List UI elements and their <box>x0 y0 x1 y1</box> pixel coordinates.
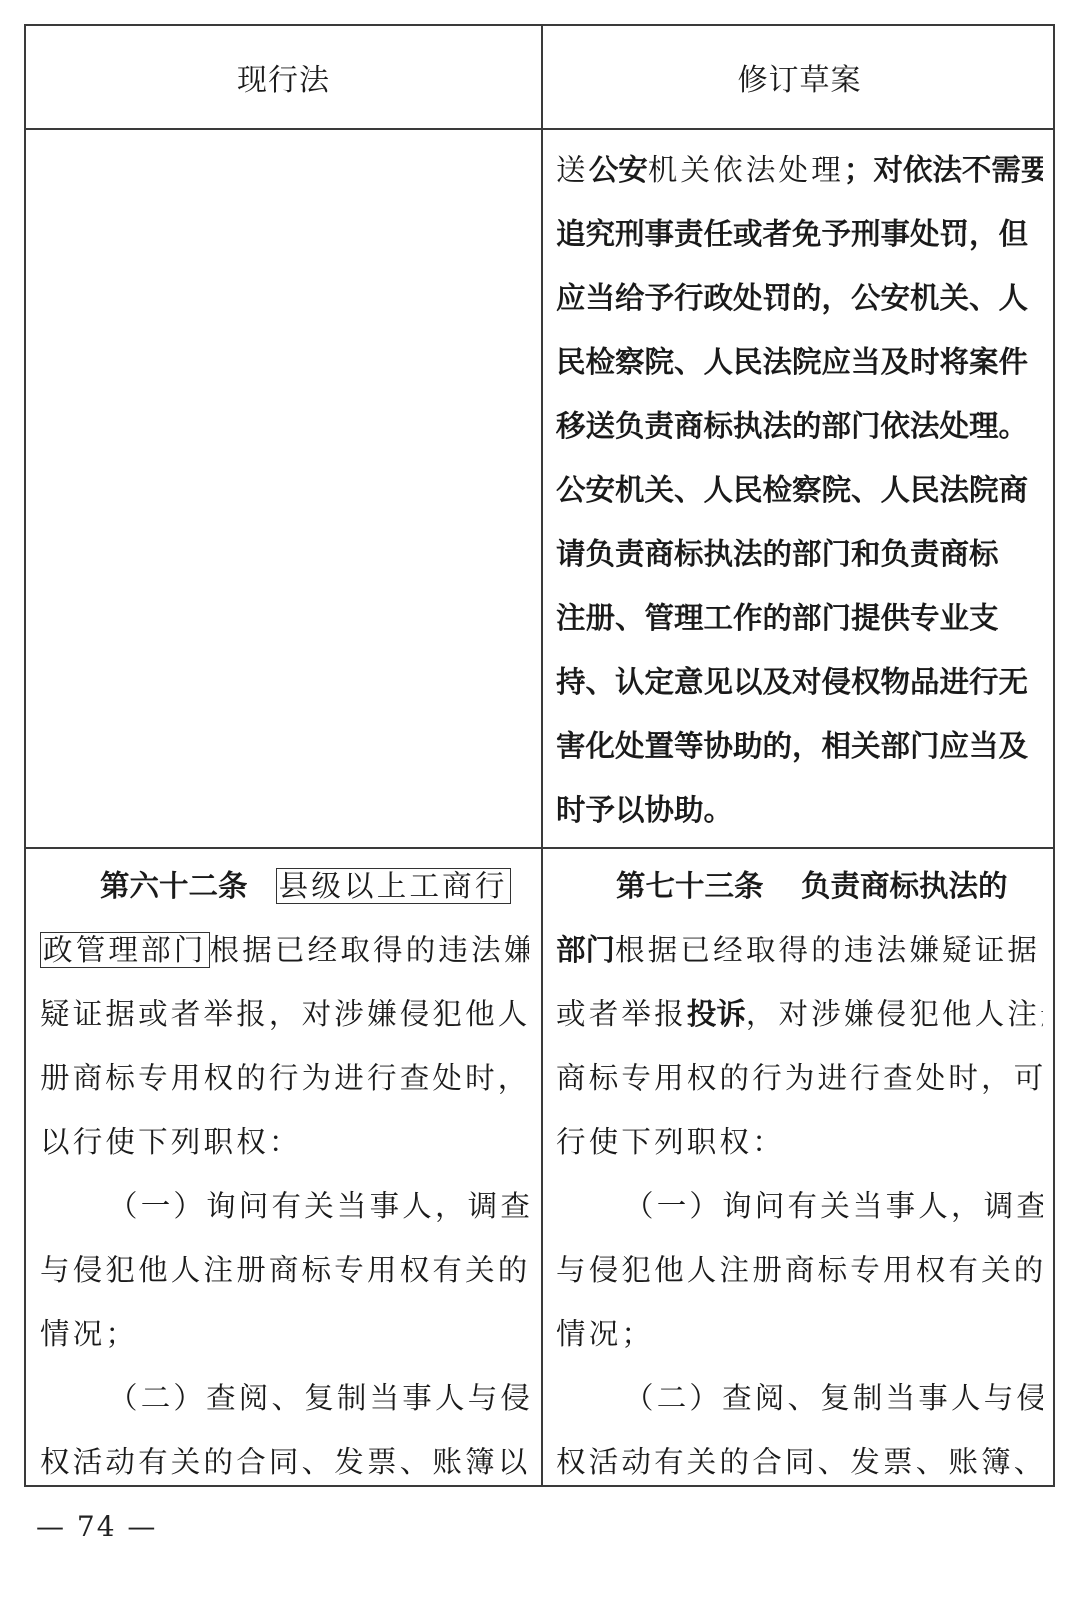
text-line: （二）查阅、复制当事人与侵 <box>40 1366 529 1430</box>
text-line: 时予以协助。 <box>556 778 1043 842</box>
text-line: 册商标专用权的行为进行查处时，可 <box>40 1046 529 1110</box>
text-line: 与侵犯他人注册商标专用权有关的 <box>40 1238 529 1302</box>
row2-draft-cell: 第七十三条 负责商标执法的 部门根据已经取得的违法嫌疑证据 或者举报投诉，对涉嫌… <box>542 854 1055 1494</box>
text-line: 政管理部门根据已经取得的违法嫌 <box>40 918 529 982</box>
text-line: （一）询问有关当事人，调查 <box>556 1174 1043 1238</box>
text-line: （一）询问有关当事人，调查 <box>40 1174 529 1238</box>
comparison-table: 现行法 修订草案 送公安机关依法处理；对依法不需要 追究刑事责任或者免予刑事处罚… <box>24 24 1055 1487</box>
row1-current-law-cell <box>26 130 541 847</box>
article-number: 第六十二条 <box>100 869 248 903</box>
text-line: 第六十二条 县级以上工商行 <box>40 854 529 918</box>
deleted-text-box: 政管理部门 <box>40 932 210 968</box>
text-line: 情况； <box>40 1302 529 1366</box>
text-line: 移送负责商标执法的部门依法处理。 <box>556 394 1043 458</box>
text-line: 权活动有关的合同、发票、账簿、单 <box>556 1430 1043 1494</box>
text-line: 权活动有关的合同、发票、账簿以及 <box>40 1430 529 1494</box>
text-line: 部门根据已经取得的违法嫌疑证据 <box>556 918 1043 982</box>
text-line: 与侵犯他人注册商标专用权有关的 <box>556 1238 1043 1302</box>
deleted-text-box: 县级以上工商行 <box>276 868 511 904</box>
row1-draft-cell: 送公安机关依法处理；对依法不需要 追究刑事责任或者免予刑事处罚，但 应当给予行政… <box>542 138 1055 842</box>
text-line: 以行使下列职权： <box>40 1110 529 1174</box>
text-line: 追究刑事责任或者免予刑事处罚，但 <box>556 202 1043 266</box>
text-line: 第七十三条 负责商标执法的 <box>556 854 1043 918</box>
text-line: （二）查阅、复制当事人与侵 <box>556 1366 1043 1430</box>
text-line: 疑证据或者举报，对涉嫌侵犯他人注 <box>40 982 529 1046</box>
article-number: 第七十三条 <box>616 869 764 903</box>
text-line: 应当给予行政处罚的，公安机关、人 <box>556 266 1043 330</box>
text-line: 持、认定意见以及对侵权物品进行无 <box>556 650 1043 714</box>
header-revision-draft: 修订草案 <box>542 26 1057 128</box>
text-line: 请负责商标执法的部门和负责商标 <box>556 522 1043 586</box>
text-line: 注册、管理工作的部门提供专业支 <box>556 586 1043 650</box>
text-line: 送公安机关依法处理；对依法不需要 <box>556 138 1043 202</box>
text-line: 害化处置等协助的，相关部门应当及 <box>556 714 1043 778</box>
text-line: 情况； <box>556 1302 1043 1366</box>
page-number: — 74 — <box>36 1510 157 1543</box>
text-line: 或者举报投诉，对涉嫌侵犯他人注册 <box>556 982 1043 1046</box>
row-divider <box>26 847 1053 849</box>
row2-current-law-cell: 第六十二条 县级以上工商行 政管理部门根据已经取得的违法嫌 疑证据或者举报，对涉… <box>26 854 541 1494</box>
text-line: 公安机关、人民检察院、人民法院商 <box>556 458 1043 522</box>
text-line: 行使下列职权： <box>556 1110 1043 1174</box>
header-current-law: 现行法 <box>26 26 541 128</box>
text-line: 民检察院、人民法院应当及时将案件 <box>556 330 1043 394</box>
text-line: 商标专用权的行为进行查处时，可以 <box>556 1046 1043 1110</box>
